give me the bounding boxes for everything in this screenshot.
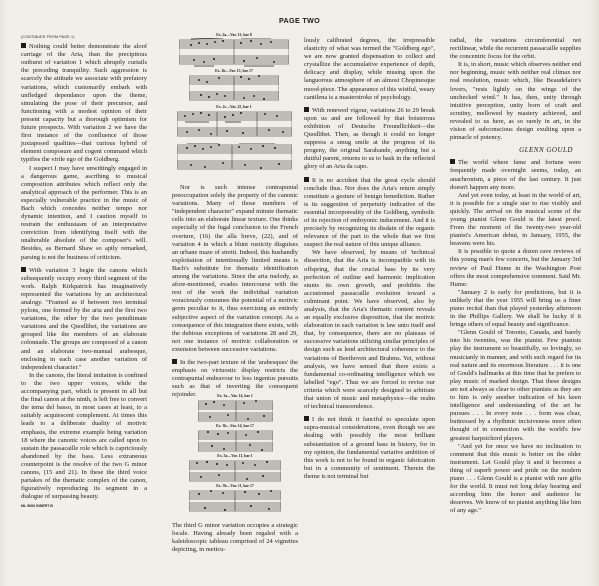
music-notation-image [198, 399, 273, 423]
column-3: lously calibrated degrees, the irrepress… [304, 37, 435, 481]
paragraph: Nor is such intense contrapuntal preoccu… [172, 184, 298, 354]
music-notation-image [198, 429, 273, 453]
bullet-square-icon [21, 43, 26, 48]
music-notation-image [189, 74, 279, 104]
quote-paragraph: "January 2 is early for predictions, but… [450, 289, 581, 329]
continued-label: (CONTINUED FROM PAGE 1) [21, 33, 147, 41]
paragraph: It is, in short, music which observes ne… [450, 61, 581, 142]
page-title: PAGE TWO [0, 16, 599, 25]
paragraph: It is possible to quote a dozen rave rev… [450, 248, 581, 288]
column-4: radial, the variations circumferential n… [450, 37, 581, 515]
music-notation-image [189, 489, 281, 513]
quote-paragraph: "And yet for once we have no inclination… [450, 443, 581, 516]
column-2: Nor is such intense contrapuntal preoccu… [172, 184, 298, 399]
column-2-continued: The third G minor variation occupies a s… [172, 522, 298, 554]
paragraph: It is no accident that the great cycle s… [304, 177, 435, 250]
footer-catalog-code: ML 5060 INSERT B [21, 502, 147, 510]
paragraph: Nothing could better demonstrate the alo… [21, 43, 147, 164]
bullet-square-icon [304, 177, 309, 182]
music-notation-image [177, 143, 292, 173]
paragraph: In the canons, the literal imitation is … [21, 372, 147, 502]
bullet-square-icon [21, 267, 26, 272]
paragraph: The world where fame and fortune were fr… [450, 159, 581, 191]
bullet-square-icon [304, 107, 309, 112]
bullet-square-icon [172, 359, 177, 364]
music-notation-image [179, 38, 289, 68]
quote-paragraph: "Glenn Gould of Toronto, Canada, and bar… [450, 329, 581, 442]
paragraph: We have observed, by means of 'technical… [304, 249, 435, 411]
author-signature: GLENN GOULD [450, 146, 581, 154]
paragraph: lously calibrated degrees, the irrepress… [304, 37, 435, 102]
liner-notes-page: PAGE TWO (CONTINUED FROM PAGE 1) Nothing… [0, 0, 599, 586]
paragraph: The third G minor variation occupies a s… [172, 522, 298, 554]
paragraph: I do not think it fanciful to speculate … [304, 416, 435, 481]
music-notation-image [189, 459, 281, 483]
bullet-square-icon [304, 416, 309, 421]
paragraph: I suspect I may have unwittingly engaged… [21, 165, 147, 262]
paragraph: And yet even today, at least in the worl… [450, 192, 581, 249]
music-notation-image [177, 110, 292, 140]
paragraph: radial, the variations circumferential n… [450, 37, 581, 61]
column-1: (CONTINUED FROM PAGE 1) Nothing could be… [21, 33, 147, 510]
bullet-square-icon [450, 159, 455, 164]
music-examples-top: Ex. 2a—Var. 13, bar 8 Ex. 2b—Var. 13, ba… [170, 32, 298, 173]
paragraph: With renewed vigour, variations 26 to 29… [304, 107, 435, 172]
paragraph: With variation 3 begin the canons which … [21, 267, 147, 372]
music-examples-bottom: Ex. 3a—Var. 14, bar 1 Ex. 3b—Var. 14, ba… [172, 393, 298, 513]
